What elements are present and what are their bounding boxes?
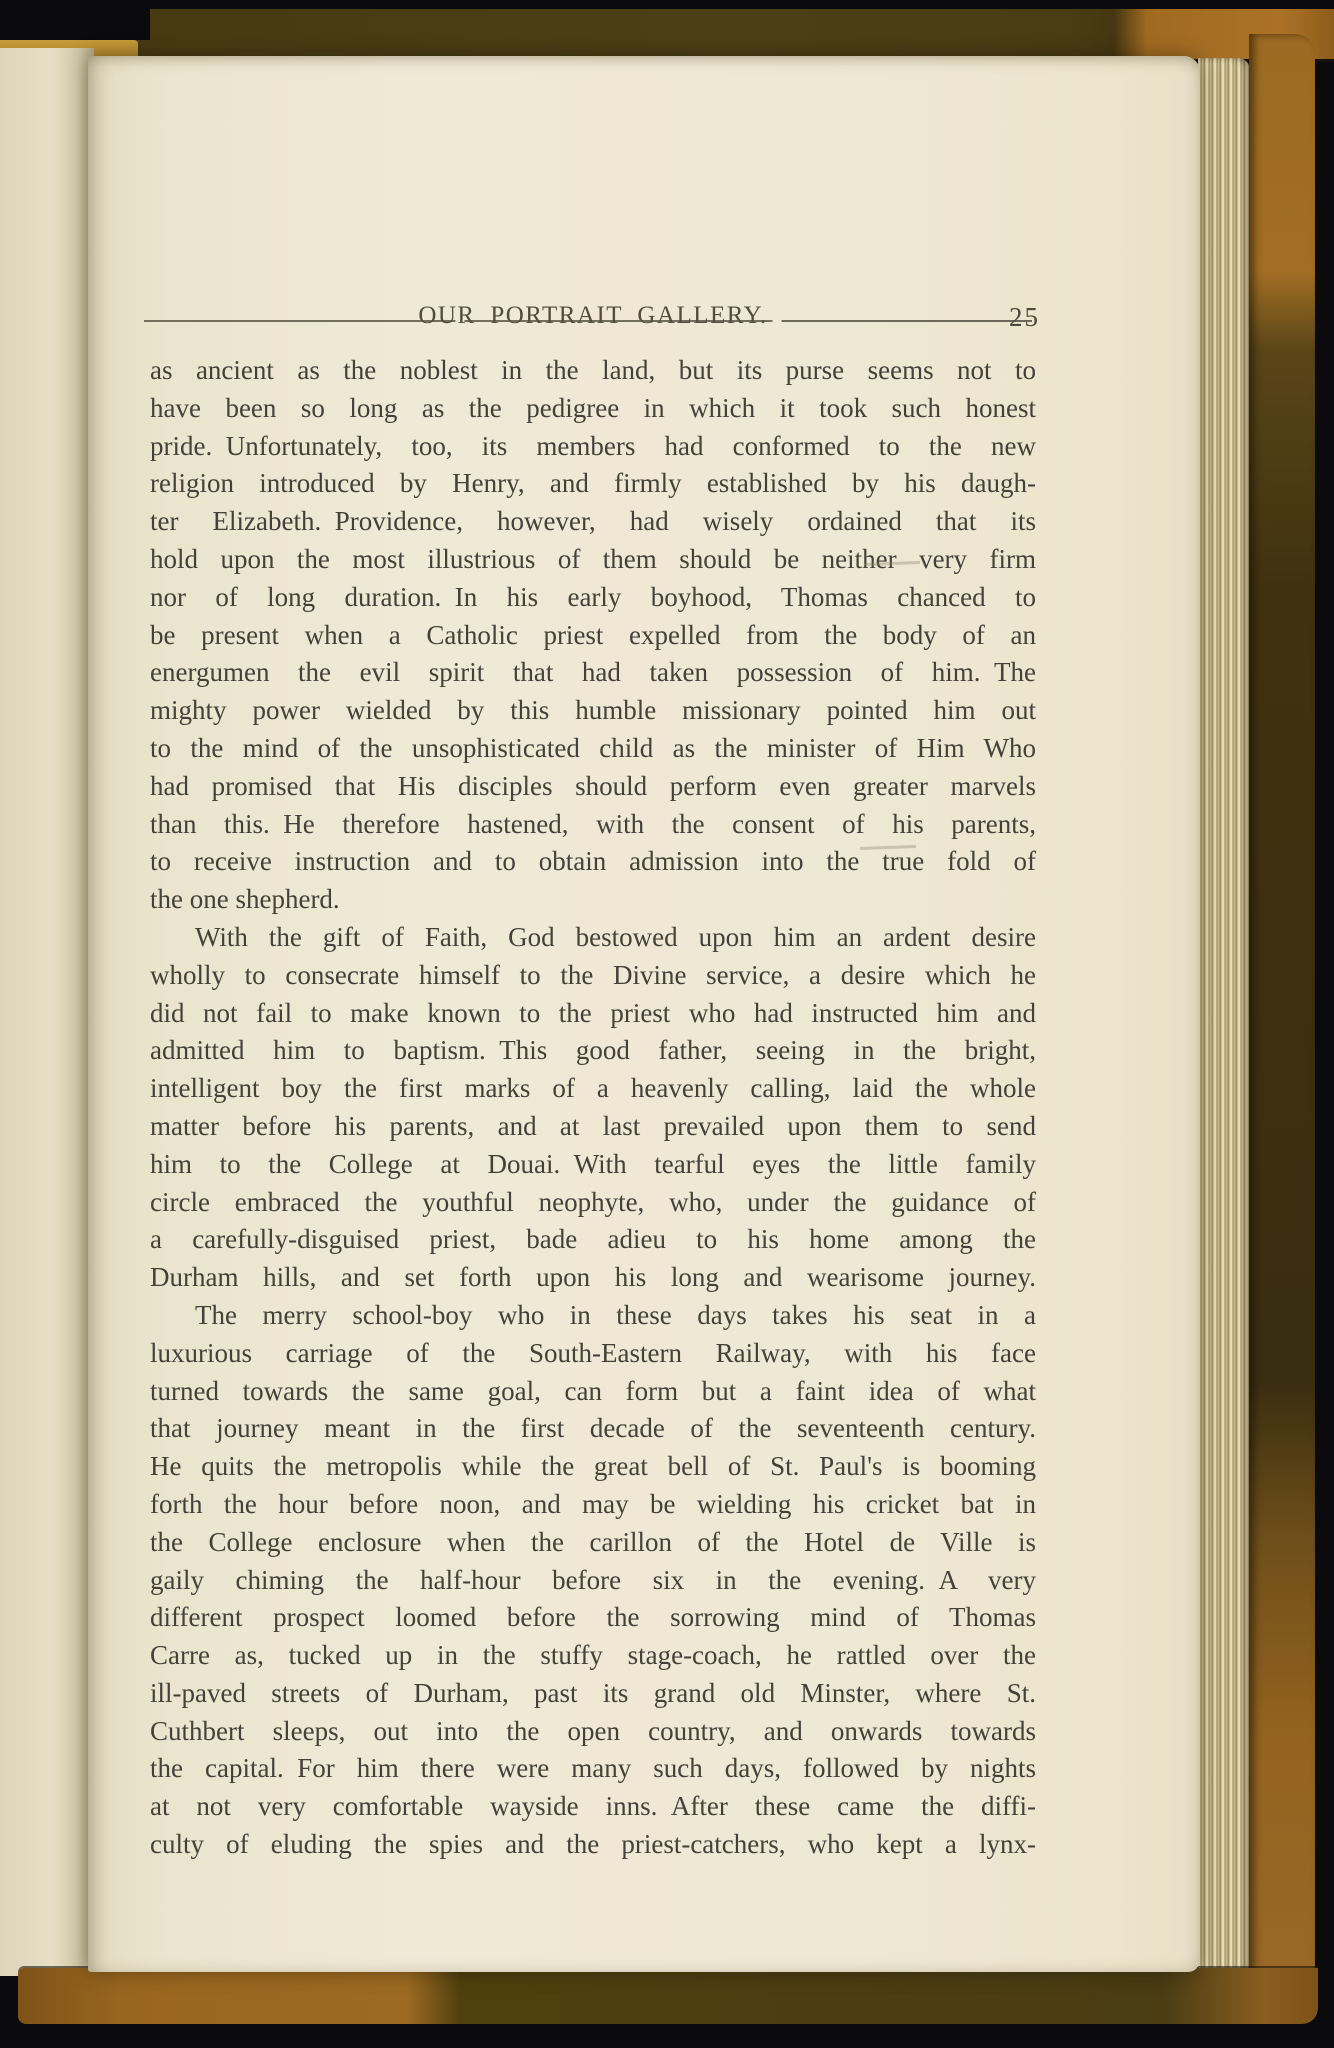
text-line: to receive instruction and to obtain adm… — [150, 843, 1036, 881]
book-cover-top-edge — [0, 9, 1334, 59]
text-line: matter before his parents, and at last p… — [150, 1108, 1036, 1146]
text-line: religion introduced by Henry, and firmly… — [150, 465, 1036, 503]
text-line: Cuthbert sleeps, out into the open count… — [150, 1713, 1036, 1751]
text-line: forth the hour before noon, and may be w… — [150, 1486, 1036, 1524]
text-line: energumen the evil spirit that had taken… — [150, 654, 1036, 692]
text-line: Carre as, tucked up in the stuffy stage-… — [150, 1637, 1036, 1675]
text-line: pride. Unfortunately, too, its members h… — [150, 428, 1036, 466]
text-line: intelligent boy the first marks of a hea… — [150, 1070, 1036, 1108]
body-text: as ancient as the noblest in the land, b… — [150, 352, 1036, 1864]
text-line: be present when a Catholic priest expell… — [150, 617, 1036, 655]
text-line: different prospect loomed before the sor… — [150, 1599, 1036, 1637]
book-page: OUR PORTRAIT GALLERY. 25 as ancient as t… — [88, 56, 1200, 1972]
text-line: wholly to consecrate himself to the Divi… — [150, 957, 1036, 995]
text-line: the College enclosure when the carillon … — [150, 1524, 1036, 1562]
text-line: turned towards the same goal, can form b… — [150, 1373, 1036, 1411]
book-photo: OUR PORTRAIT GALLERY. 25 as ancient as t… — [0, 0, 1334, 2048]
text-line: With the gift of Faith, God bestowed upo… — [150, 919, 1036, 957]
text-line: at not very comfortable wayside inns. Af… — [150, 1788, 1036, 1826]
text-line: The merry school-boy who in these days t… — [150, 1297, 1036, 1335]
text-line: have been so long as the pedigree in whi… — [150, 390, 1036, 428]
text-line: circle embraced the youthful neophyte, w… — [150, 1184, 1036, 1222]
text-line: the one shepherd. — [150, 881, 1036, 919]
text-line: mighty power wielded by this humble miss… — [150, 692, 1036, 730]
text-line: Durham hills, and set forth upon his lon… — [150, 1259, 1036, 1297]
page-number: 25 — [950, 302, 1040, 333]
text-line: ter Elizabeth. Providence, however, had … — [150, 503, 1036, 541]
text-line: the capital. For him there were many suc… — [150, 1750, 1036, 1788]
text-line: culty of eluding the spies and the pries… — [150, 1826, 1036, 1864]
background-shadow — [0, 0, 150, 40]
text-line: than this. He therefore hastened, with t… — [150, 806, 1036, 844]
page-edges-stack — [1198, 58, 1250, 1974]
running-header: OUR PORTRAIT GALLERY. — [150, 302, 1036, 330]
text-line: as ancient as the noblest in the land, b… — [150, 352, 1036, 390]
text-line: to the mind of the unsophisticated child… — [150, 730, 1036, 768]
text-line: did not fail to make known to the priest… — [150, 995, 1036, 1033]
text-line: gaily chiming the half-hour before six i… — [150, 1562, 1036, 1600]
book-cover-bottom-edge — [18, 1968, 1318, 2024]
text-line: that journey meant in the first decade o… — [150, 1410, 1036, 1448]
header-rule — [144, 320, 1032, 322]
underlying-page-edge — [0, 48, 94, 1976]
text-line: him to the College at Douai. With tearfu… — [150, 1146, 1036, 1184]
book-cover-right-edge — [1249, 34, 1315, 2016]
text-line: nor of long duration. In his early boyho… — [150, 579, 1036, 617]
text-line: a carefully-disguised priest, bade adieu… — [150, 1221, 1036, 1259]
text-line: admitted him to baptism. This good fathe… — [150, 1032, 1036, 1070]
text-line: He quits the metropolis while the great … — [150, 1448, 1036, 1486]
text-line: ill-paved streets of Durham, past its gr… — [150, 1675, 1036, 1713]
text-line: luxurious carriage of the South-Eastern … — [150, 1335, 1036, 1373]
text-line: had promised that His disciples should p… — [150, 768, 1036, 806]
text-line: hold upon the most illustrious of them s… — [150, 541, 1036, 579]
